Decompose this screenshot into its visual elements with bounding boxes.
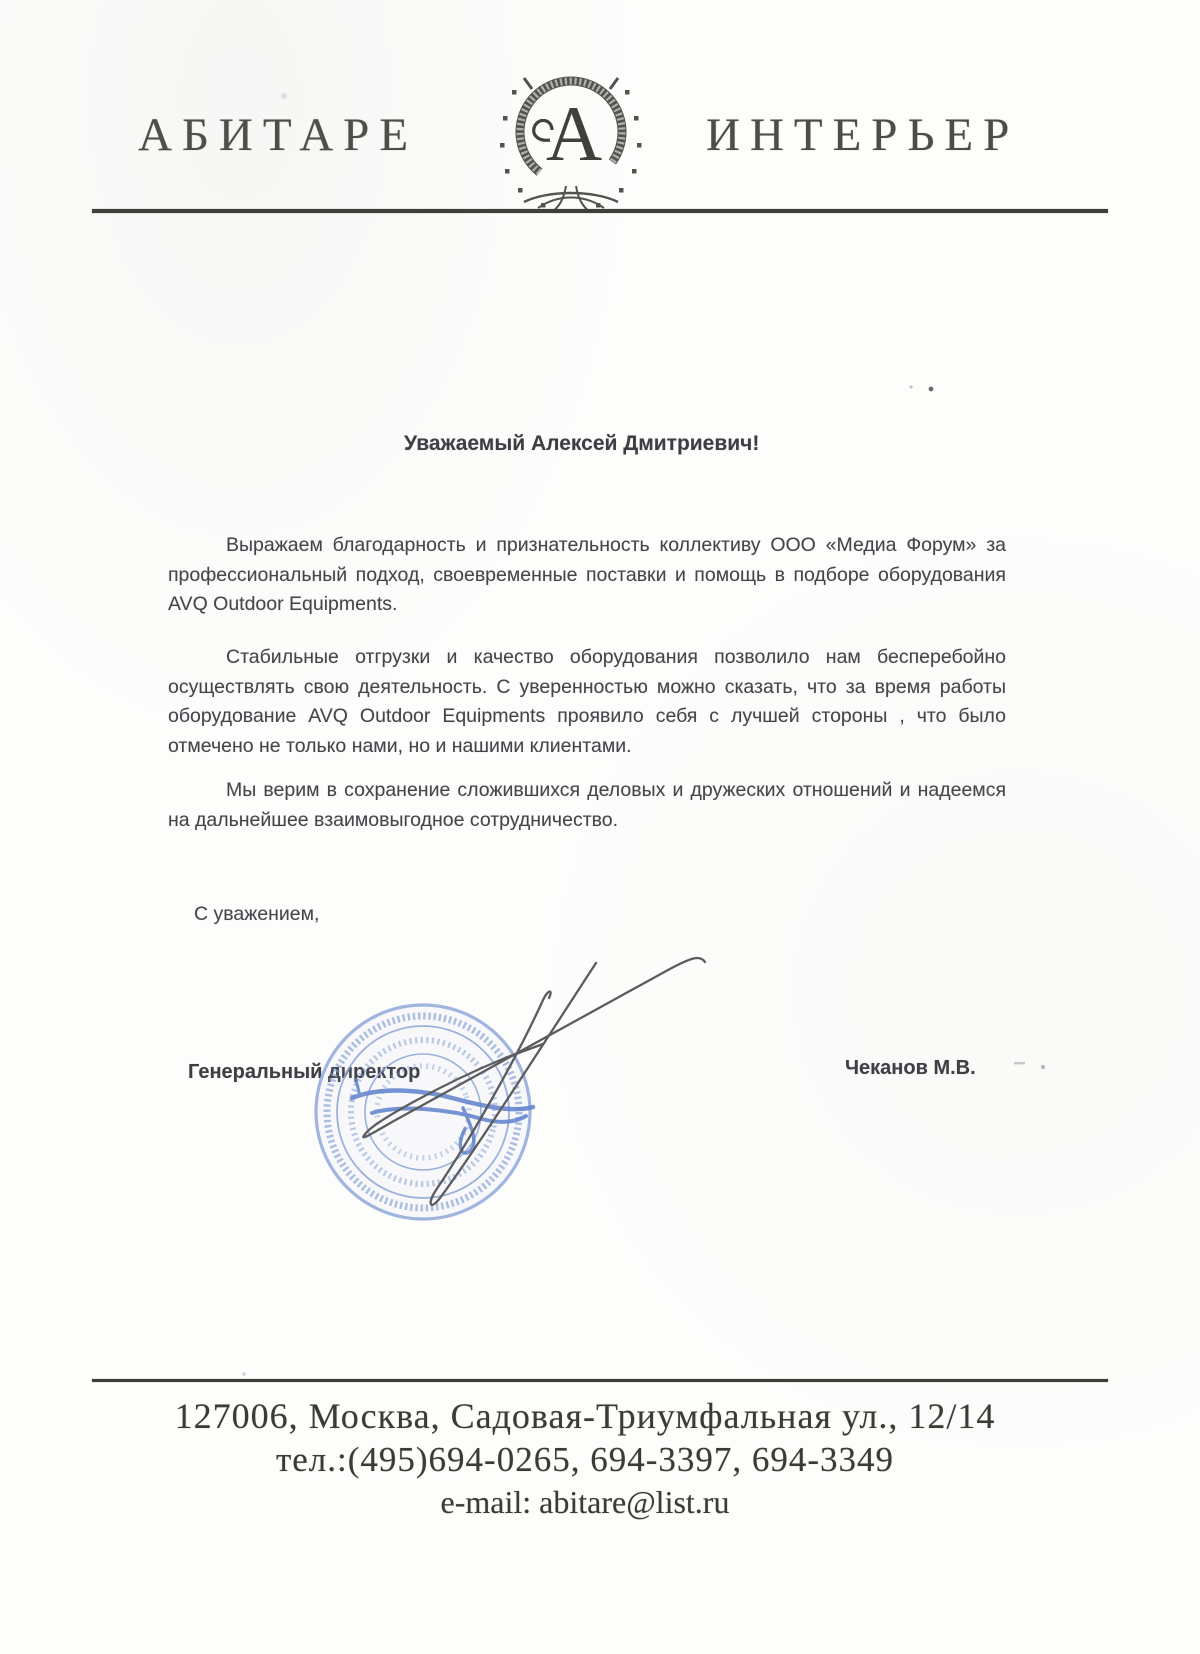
letter-paragraph: Мы верим в сохранение сложившихся деловы… bbox=[168, 776, 1006, 835]
brand-name-abitare: АБИТАРЕ bbox=[138, 108, 418, 162]
signature-blue-ink bbox=[352, 1080, 533, 1153]
footer-contact-block: 127006, Москва, Садовая-Триумфальная ул.… bbox=[70, 1395, 1100, 1521]
footer-address: 127006, Москва, Садовая-Триумфальная ул.… bbox=[70, 1395, 1100, 1437]
company-logo: А bbox=[486, 66, 656, 218]
footer-divider bbox=[92, 1379, 1108, 1382]
scanned-letter-page: АБИТАРЕ А bbox=[0, 0, 1200, 1654]
signer-name: Чеканов М.В. bbox=[845, 1057, 976, 1080]
logo-monogram-letter: А bbox=[546, 90, 602, 177]
letter-greeting: Уважаемый Алексей Дмитриевич! bbox=[404, 432, 759, 456]
letter-paragraph: Выражаем благодарность и признательность… bbox=[168, 531, 1006, 620]
letter-paragraph: Стабильные отгрузки и качество оборудова… bbox=[168, 643, 1006, 761]
brand-name-interior: ИНТЕРЬЕР bbox=[706, 108, 1019, 162]
footer-email: e-mail: abitare@list.ru bbox=[70, 1484, 1100, 1521]
footer-phone: тел.:(495)694-0265, 694-3397, 694-3349 bbox=[70, 1440, 1100, 1480]
signer-title: Генеральный директор bbox=[188, 1061, 420, 1084]
header-divider bbox=[92, 209, 1108, 213]
letter-closing: С уважением, bbox=[194, 903, 319, 926]
round-stamp-icon bbox=[316, 1005, 530, 1219]
